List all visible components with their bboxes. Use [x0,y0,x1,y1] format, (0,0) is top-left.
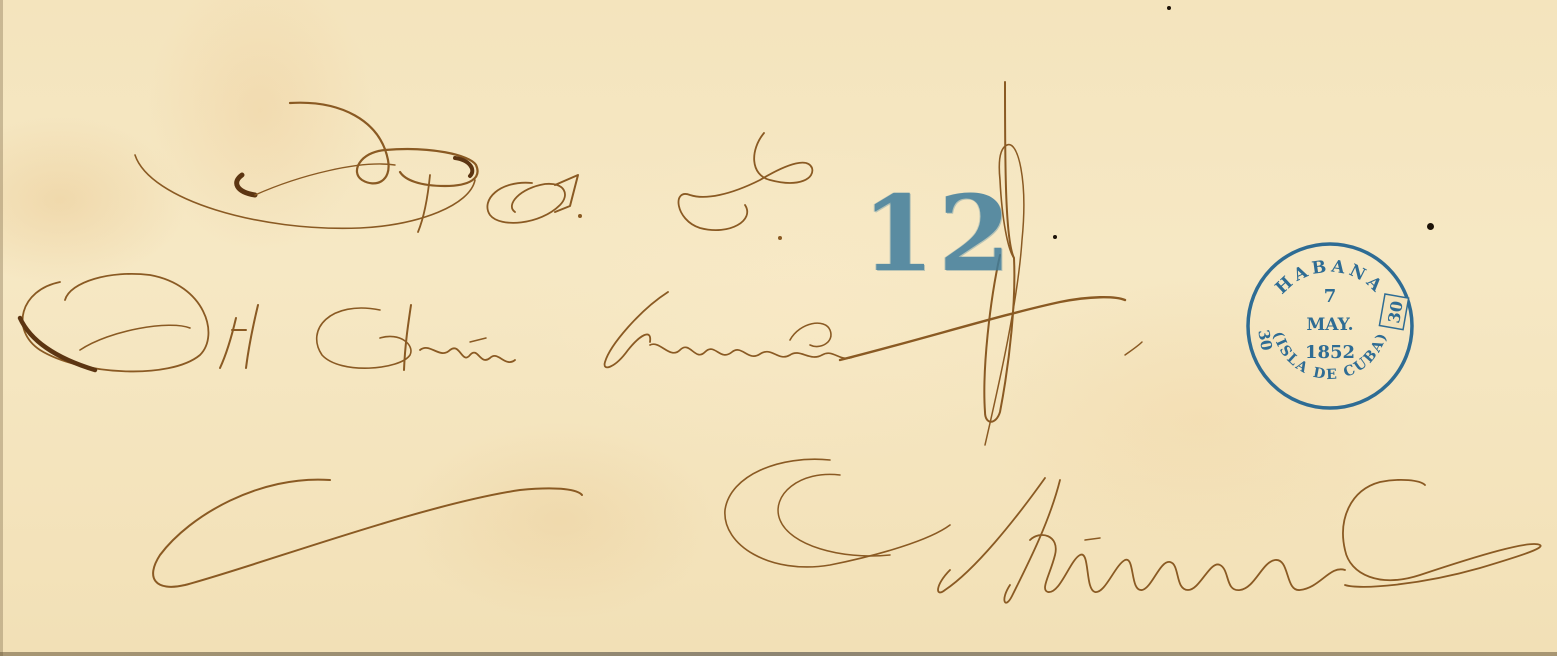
postmark-left-number: 30 [1254,328,1275,352]
postmark-day: 7 [1324,286,1337,307]
circular-datestamp: HABANA (ISLA DE CUBA) 7 MAY. 1852 30 30 [1244,240,1416,412]
salutation-script [135,103,812,240]
ink-speck [1427,223,1434,230]
lower-left-flourish [153,480,582,587]
ink-speck [1053,235,1057,239]
postmark-year: 1852 [1305,342,1355,363]
destination-script [725,459,1541,602]
rate-handstamp: 12 [862,182,1015,286]
postmark-month: MAY. [1306,315,1353,335]
ink-speck [1167,6,1171,10]
postal-cover: R. A. S. Al Señor Gobernador Matanzas 12… [0,0,1557,656]
postmark-right-number: 30 [1384,299,1407,324]
